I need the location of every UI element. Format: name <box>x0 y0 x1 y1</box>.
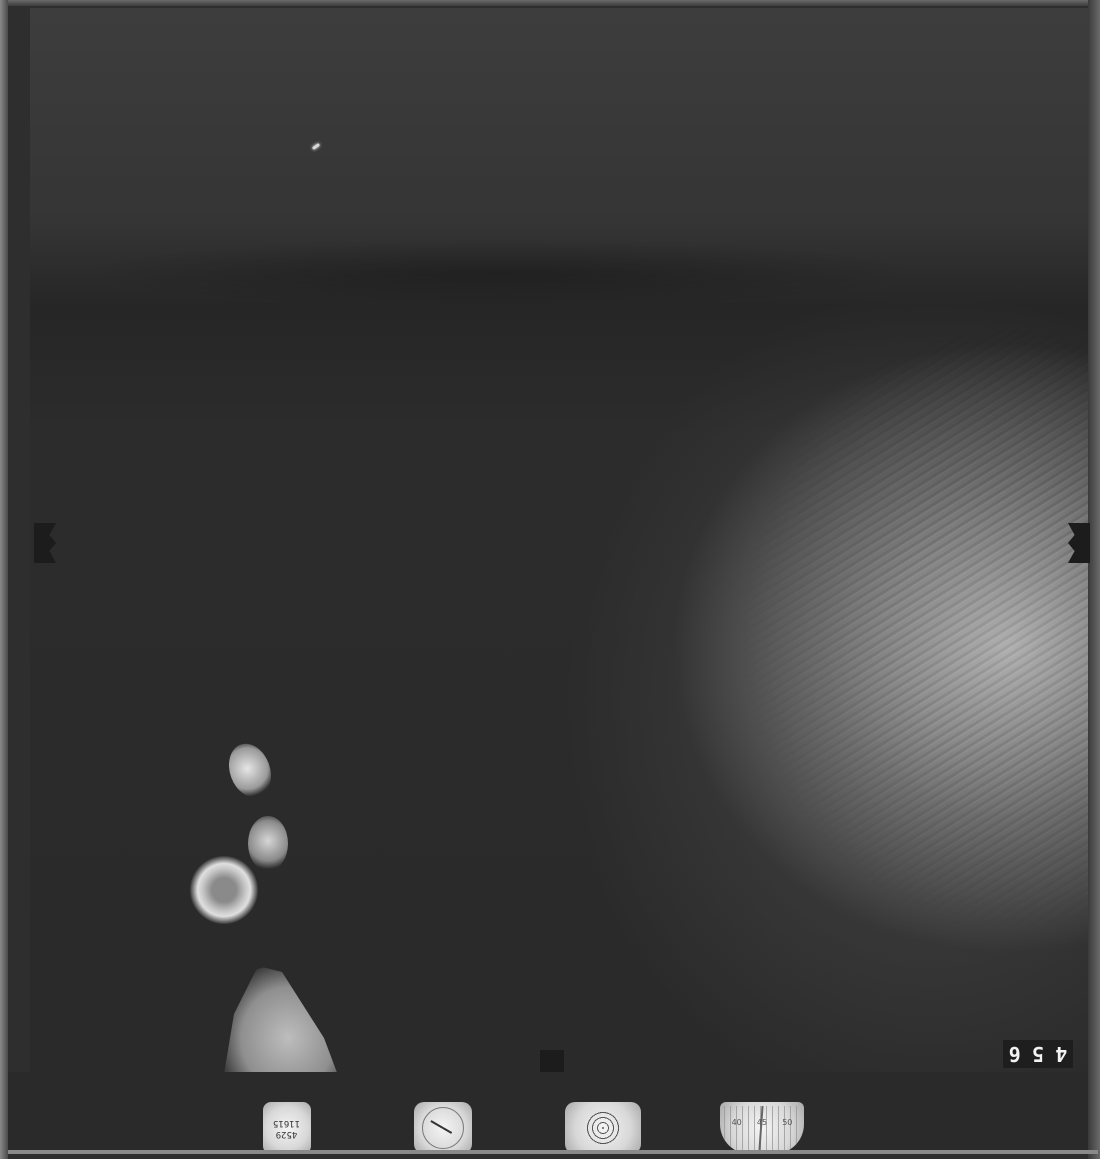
fiducial-mark-bottom <box>540 1050 564 1072</box>
altimeter-tick: 50 <box>782 1118 792 1127</box>
fiducial-mark-right <box>1068 523 1090 563</box>
counter-line: 4529 <box>273 1128 300 1139</box>
island-south <box>222 966 342 1072</box>
altimeter-instrument: 40 45 50 <box>720 1102 804 1154</box>
counter-line: 11615 <box>273 1117 300 1128</box>
islet-round <box>190 856 258 924</box>
level-target-icon <box>584 1109 622 1147</box>
film-edge-right <box>1088 0 1100 1159</box>
aerial-photo <box>30 8 1088 1072</box>
sun-glint-waves <box>590 308 1088 1068</box>
level-bubble-instrument <box>565 1102 641 1154</box>
film-edge-bottom <box>8 1150 1098 1154</box>
altimeter-needle <box>758 1106 763 1150</box>
data-strip <box>8 1072 1088 1152</box>
frame-digit: 6 <box>1009 1042 1021 1066</box>
clock-instrument <box>414 1102 472 1154</box>
altimeter-scale-icon: 40 45 50 <box>724 1106 800 1150</box>
film-edge-top <box>0 0 1100 6</box>
frame-number: 4 5 6 <box>1003 1040 1073 1068</box>
clock-icon <box>422 1107 464 1149</box>
islet-north <box>222 738 278 803</box>
cloud-shadow <box>70 238 930 308</box>
islet-middle <box>248 816 288 871</box>
frame-digit: 5 <box>1032 1042 1044 1066</box>
film-edge-left <box>0 0 8 1159</box>
frame-counter-instrument: 4529 11615 <box>263 1102 311 1154</box>
altimeter-tick: 40 <box>732 1118 742 1127</box>
frame-digit: 4 <box>1055 1042 1067 1066</box>
boat <box>312 143 320 150</box>
film-frame: 4 5 6 4529 11615 40 45 50 <box>0 0 1100 1159</box>
